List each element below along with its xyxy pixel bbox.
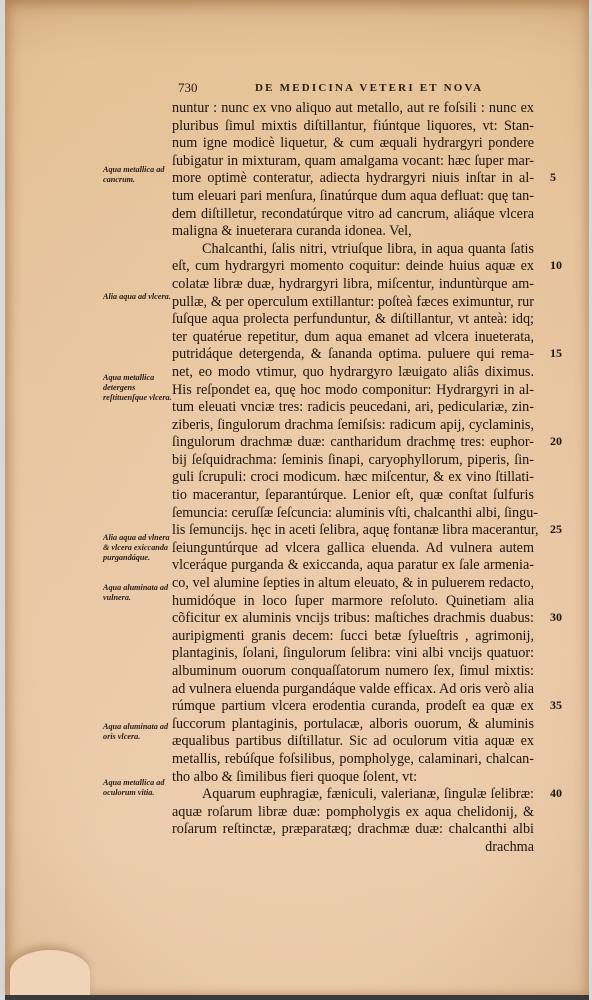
text-line: plantaginis, ſolani, ſingulorum ſelibra:…	[172, 645, 534, 663]
text-line: albuminum ouorum conquaſſatorum numero ſ…	[172, 663, 534, 681]
text-line: humidóque in loco ſuper marmore reſoluto…	[172, 593, 534, 611]
line-number: 40	[550, 786, 562, 801]
text-line: vlceráque purganda & exiccanda, aqua par…	[172, 557, 534, 575]
thumb-shadow	[10, 950, 90, 995]
text-line: auripigmenti granis decem: ſucci betæ ſy…	[172, 628, 534, 646]
text-line: metallis, rebúſque foſsilibus, pompholyg…	[172, 751, 534, 769]
text-line: ſeiunguntúrque ad vlcera gallica eluenda…	[172, 540, 534, 558]
text-line: Chalcanthi, ſalis nitri, vtriuſque libra…	[172, 241, 534, 259]
margin-note: Aqua metallica ad cancrum.	[103, 165, 173, 185]
text-line: pullæ, & per operculum extillantur: poſt…	[172, 294, 534, 312]
text-line: guli ſcrupuli: croci modicum. hæc miſcen…	[172, 469, 534, 487]
line-number: 35	[550, 698, 562, 713]
text-line: ſubigatur in mixturam, quam amalgama voc…	[172, 153, 534, 171]
text-line: ſuſque aqua prolecta perfunduntur, & diſ…	[172, 311, 534, 329]
text-line: tum eleuari pari menſura, ſinatúrque dum…	[172, 188, 534, 206]
text-line: colatæ libræ duæ, hydrargyri libra, miſc…	[172, 276, 534, 294]
margin-note: Aqua aluminata ad oris vlcera.	[103, 722, 173, 742]
text-line: tum eleuati vnciæ tres: radicis peucedan…	[172, 399, 534, 417]
margin-note: Aqua metallica ad oculorum vitia.	[103, 778, 173, 798]
text-line: pluribus ſimul mixtis diſtillantur, fiún…	[172, 118, 534, 136]
margin-note: Alia aqua ad vlcera.	[103, 292, 173, 302]
text-line: aquæ roſarum libræ duæ: pompholygis ex a…	[172, 804, 534, 822]
text-line: roſarum reſtinctæ, præparatæq; drachmæ d…	[172, 821, 534, 839]
text-line: co, vel alumine ſepties in altum eleuato…	[172, 575, 534, 593]
line-number: 5	[550, 170, 556, 185]
margin-note: Aqua aluminata ad vulnera.	[103, 583, 173, 603]
line-number: 25	[550, 522, 562, 537]
text-line: net, eo modo vtimur, quo hydrargyro læui…	[172, 364, 534, 382]
text-line: Aquarum euphragiæ, fæniculi, valerianæ, …	[172, 786, 534, 804]
text-line: ter quatérue repetitur, dum aqua emanet …	[172, 329, 534, 347]
text-line: ſemuncia: ceruſſæ ſeſcuncia: aluminis vſ…	[172, 505, 534, 523]
text-line: cõficitur ex aluminis vncijs tribus: maſ…	[172, 610, 534, 628]
text-line: maligna & inueterara curanda idonea. Vel…	[172, 223, 534, 241]
text-line: ſuccorum plantaginis, portulacæ, alboris…	[172, 716, 534, 734]
text-line: tio macerantur, ſeparantúrque. Lenior eſ…	[172, 487, 534, 505]
text-line: æqualibus partibus diſtillatur. Sic ad o…	[172, 733, 534, 751]
line-number: 10	[550, 258, 562, 273]
line-number: 30	[550, 610, 562, 625]
text-line: putridáque detergenda, & ſananda optima.…	[172, 346, 534, 364]
text-line: rúmque partium vlcera erodentia curanda,…	[172, 698, 534, 716]
line-number: 15	[550, 346, 562, 361]
text-line: ziberis, ſingulorum drachma ſemiſsis: ra…	[172, 417, 534, 435]
line-number: 20	[550, 434, 562, 449]
text-line: lis ſemuncijs. hęc in aceti ſelibra, aqu…	[172, 522, 534, 540]
text-line: num igne modicè liquetur, & cum æquali h…	[172, 135, 534, 153]
text-line: nuntur : nunc ex vno aliquo aut metallo,…	[172, 100, 534, 118]
text-line: His reſpondet ea, quę hoc modo componitu…	[172, 382, 534, 400]
text-line: ad vulnera eluenda purgandáque valde eff…	[172, 681, 534, 699]
text-line: eſt, cum hydrargyri momento coquitur: de…	[172, 258, 534, 276]
margin-note: Aqua metallica detergens reſtituenſque v…	[103, 373, 173, 403]
page-number: 730	[178, 80, 198, 96]
running-title: DE MEDICINA VETERI ET NOVA	[255, 82, 483, 94]
catchword: drachma	[172, 839, 534, 857]
text-line: tho albo & ſimilibus fieri quoque ſolent…	[172, 769, 534, 787]
page-bottom-edge	[5, 995, 589, 1000]
text-line: dem diſtilletur, recondatúrque vitro ad …	[172, 206, 534, 224]
text-line: bij ſeſquidrachma: ſeminis ſinapi, caryo…	[172, 452, 534, 470]
margin-note: Alia aqua ad vlnera & vlcera exiccanda p…	[103, 533, 173, 563]
text-line: ſingulorum drachmæ duæ: cantharidum drac…	[172, 434, 534, 452]
text-line: more optimè conteratur, adiecta hydrargy…	[172, 170, 534, 188]
body-text: nuntur : nunc ex vno aliquo aut metallo,…	[172, 100, 534, 857]
